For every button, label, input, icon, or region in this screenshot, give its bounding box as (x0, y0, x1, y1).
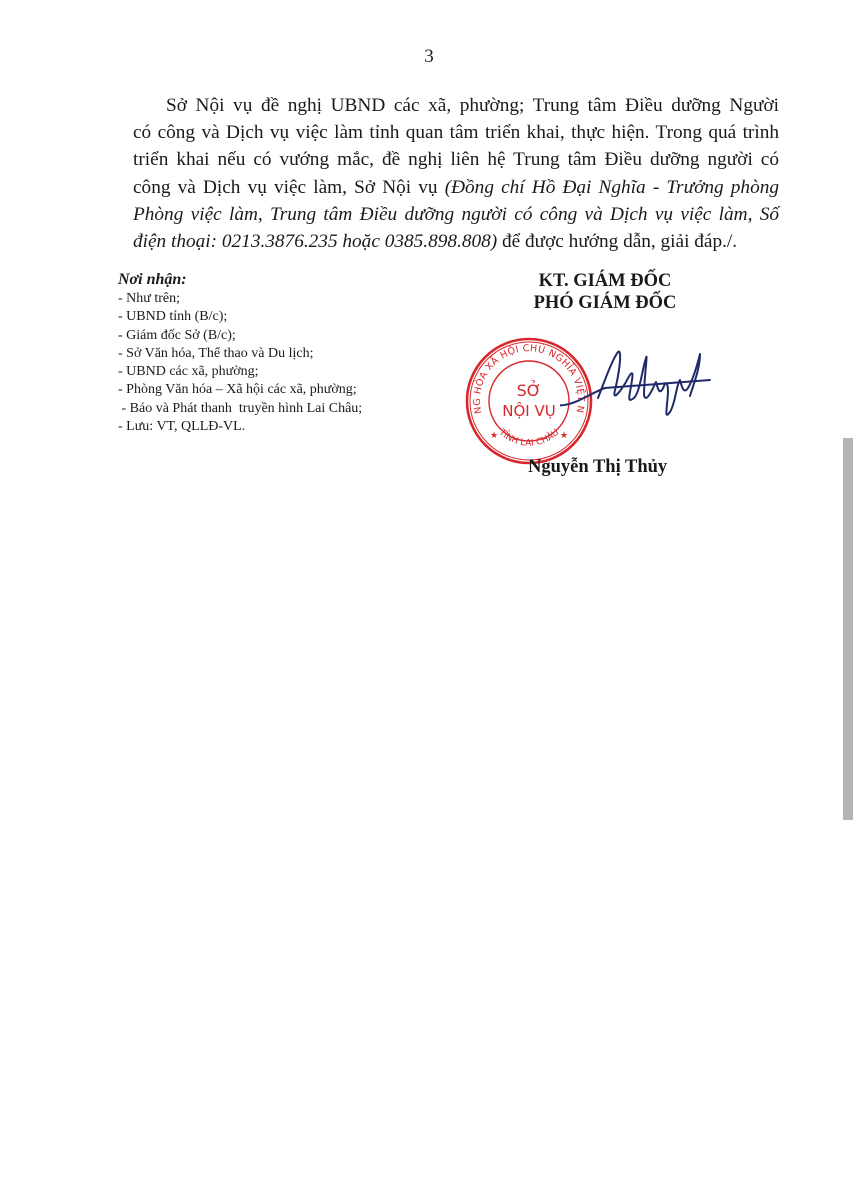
body-paragraph: Sở Nội vụ đề nghị UBND các xã, phường; T… (133, 92, 779, 255)
recipient-item: - UBND các xã, phường; (118, 363, 362, 381)
body-line: có công và Dịch vụ việc làm tỉnh quan tâ… (133, 119, 779, 146)
signer-title-line1: KT. GIÁM ĐỐC (490, 270, 720, 292)
recipient-item: - Sở Văn hóa, Thể thao và Du lịch; (118, 345, 362, 363)
recipients-block: Nơi nhận: - Như trên; - UBND tỉnh (B/c);… (118, 271, 362, 436)
signer-title-line2: PHÓ GIÁM ĐỐC (490, 292, 720, 314)
recipient-item: - Báo và Phát thanh truyền hình Lai Châu… (118, 400, 362, 418)
vertical-scrollbar[interactable] (843, 438, 853, 820)
contact-info: điện thoại: 0213.3876.235 hoặc 0385.898.… (133, 231, 497, 252)
recipient-item: - Phòng Văn hóa – Xã hội các xã, phường; (118, 381, 362, 399)
recipients-heading: Nơi nhận: (118, 271, 362, 289)
signature-icon (560, 340, 720, 430)
svg-text:NỘI VỤ: NỘI VỤ (502, 401, 555, 420)
svg-text:SỞ: SỞ (517, 380, 542, 400)
svg-text:★: ★ (560, 431, 568, 441)
recipient-item: - Lưu: VT, QLLĐ-VL. (118, 418, 362, 436)
body-line: công và Dịch vụ việc làm, Sở Nội vụ (Đồn… (133, 174, 779, 201)
recipient-item: - Như trên; (118, 290, 362, 308)
signer-name: Nguyễn Thị Thủy (528, 457, 667, 478)
contact-info: Phòng việc làm, Trung tâm Điều dưỡng ngư… (133, 204, 779, 225)
svg-text:★: ★ (490, 431, 498, 441)
recipient-item: - UBND tỉnh (B/c); (118, 308, 362, 326)
body-line: triển khai nếu có vướng mắc, đề nghị liê… (133, 146, 779, 173)
signer-title: KT. GIÁM ĐỐC PHÓ GIÁM ĐỐC (490, 270, 720, 314)
page-number: 3 (0, 46, 858, 68)
contact-info: (Đồng chí Hồ Đại Nghĩa - Trưởng phòng (445, 177, 779, 198)
recipient-item: - Giám đốc Sở (B/c); (118, 327, 362, 345)
body-line: Sở Nội vụ đề nghị UBND các xã, phường; T… (133, 92, 779, 119)
svg-text:TỈNH LAI CHÂU: TỈNH LAI CHÂU (496, 427, 561, 449)
body-line: Phòng việc làm, Trung tâm Điều dưỡng ngư… (133, 201, 779, 228)
body-line: điện thoại: 0213.3876.235 hoặc 0385.898.… (133, 228, 779, 255)
